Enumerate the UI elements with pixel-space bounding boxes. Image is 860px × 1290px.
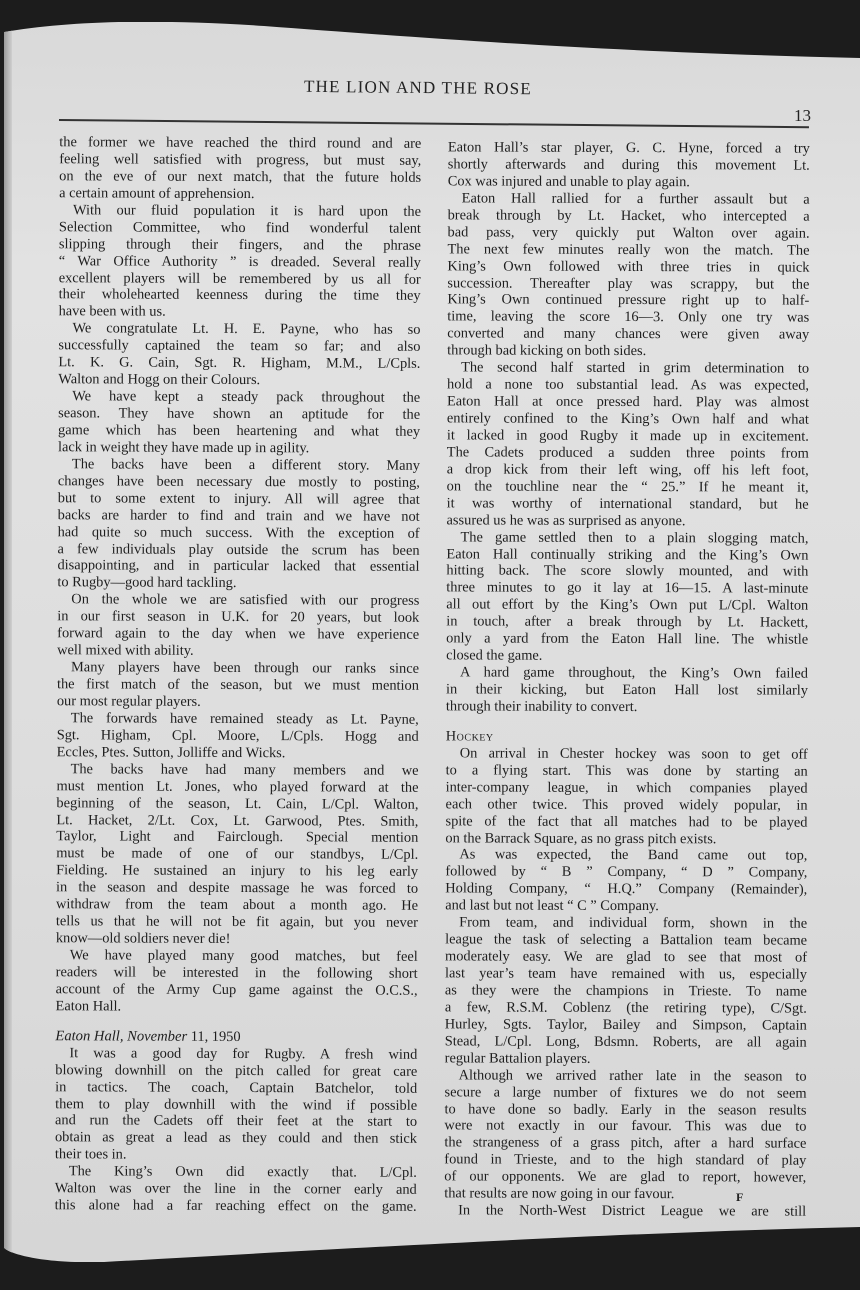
text-line: know—old soldiers never die! xyxy=(56,930,418,949)
text-line: King’s Own followed with three tries in … xyxy=(447,258,809,276)
text-line: beginning of the season, Lt. Cain, L/Cpl… xyxy=(56,795,418,814)
text-line: Lt. Hacket, 2/Lt. Cox, Lt. Garwood, Ptes… xyxy=(56,812,418,831)
text-line: We have kept a steady pack throughout th… xyxy=(58,388,420,407)
text-line: changes have been necessary due mostly t… xyxy=(58,473,420,492)
text-line: With our fluid population it is hard upo… xyxy=(59,202,421,221)
text-line: succession. Thereafter play was scrappy,… xyxy=(447,275,809,293)
text-line: the first match of the season, but we mu… xyxy=(57,676,419,695)
text-line: Taylor, Light and Fairclough. Special me… xyxy=(56,829,418,848)
text-line: Eaton Hall continually striking and the … xyxy=(446,546,808,564)
text-line: Eaton Hall. xyxy=(56,998,418,1017)
text-line: to have done so badly. Early in the seas… xyxy=(444,1101,806,1119)
text-line: it was worthy of international standard,… xyxy=(447,495,809,513)
text-line: bad pass, very quickly put Walton over a… xyxy=(448,224,810,242)
text-line: Although we arrived rather late in the s… xyxy=(445,1067,807,1085)
text-line: their toes in. xyxy=(55,1147,417,1166)
text-line: found in Trieste, and to the high standa… xyxy=(444,1152,806,1170)
text-line: that results are now going in our favour… xyxy=(444,1186,806,1204)
text-line: this alone had a far reaching effect on … xyxy=(55,1197,417,1216)
text-line: lack in weight they have made up in agil… xyxy=(58,439,420,458)
text-line: Lt. K. G. Cain, Sgt. R. Higham, M.M., L/… xyxy=(58,354,420,373)
text-line: readers will be interested in the follow… xyxy=(56,964,418,983)
text-line: Holding Company, “ H.Q.” Company (Remain… xyxy=(445,881,807,899)
text-line: hold a none too substantial lead. As was… xyxy=(447,376,809,394)
text-line: last year’s team have remained with us, … xyxy=(445,965,807,983)
right-column: Eaton Hall’s star player, G. C. Hyne, fo… xyxy=(444,139,810,1220)
section-gap xyxy=(446,715,808,729)
text-line: moderately easy. We are glad to see that… xyxy=(445,948,807,966)
text-line: inter-company league, in which companies… xyxy=(446,779,808,797)
text-line: to a flying start. This was done by star… xyxy=(446,762,808,780)
text-line: backs are harder to find and train and w… xyxy=(58,507,420,526)
hockey-heading: Hockey xyxy=(446,728,808,746)
text-line: and run the Cadets off their feet at the… xyxy=(55,1113,417,1132)
text-line: It was a good day for Rugby. A fresh win… xyxy=(55,1045,417,1064)
text-line: a certain amount of apprehension. xyxy=(59,185,421,204)
text-line: three minutes to go it lay at 16—15. A l… xyxy=(446,580,808,598)
text-line: in touch, after a break through by Lt. H… xyxy=(446,614,808,632)
text-line: disappointing, and in particular lacked … xyxy=(57,558,419,577)
text-line: a drop kick from their left wing, off hi… xyxy=(447,461,809,479)
text-line: season. They have shown an aptitude for … xyxy=(58,405,420,424)
text-line: The next few minutes really won the matc… xyxy=(447,241,809,259)
text-line: successfully captained the team so far; … xyxy=(58,337,420,356)
text-line: game which has been heartening and what … xyxy=(58,422,420,441)
text-line: We congratulate Lt. H. E. Payne, who has… xyxy=(58,321,420,340)
text-line: Cox was injured and unable to play again… xyxy=(448,173,810,191)
text-line: a few, R.S.M. Coblenz (the retiring type… xyxy=(445,999,807,1017)
text-line: On arrival in Chester hockey was soon to… xyxy=(446,745,808,763)
text-line: only a yard from the Eaton Hall line. Th… xyxy=(446,631,808,649)
text-line: shortly afterwards and during this movem… xyxy=(448,156,810,174)
text-line: it lacked in good Rugby it made up in ex… xyxy=(447,427,809,445)
match-heading-place-date: Eaton Hall, November xyxy=(55,1028,187,1045)
text-line: The backs have been a different story. M… xyxy=(58,456,420,475)
text-line: in their kicking, but Eaton Hall lost si… xyxy=(446,681,808,699)
match-heading: Eaton Hall, November 11, 1950 xyxy=(55,1028,417,1047)
text-line: account of the Army Cup game against the… xyxy=(56,981,418,1000)
text-line: of our opponents. We are glad to report,… xyxy=(444,1169,806,1187)
text-line: Walton was over the line in the corner e… xyxy=(55,1180,417,1199)
text-line: Hurley, Sgts. Taylor, Bailey and Simpson… xyxy=(445,1016,807,1034)
text-line: on the touchline near the “ 25.” If he m… xyxy=(447,478,809,496)
text-line: have been with us. xyxy=(59,304,421,323)
text-line: “ War Office Authority ” is dreaded. Sev… xyxy=(59,253,421,272)
text-line: From team, and individual form, shown in… xyxy=(445,915,807,933)
text-line: the strangeness of a grass pitch, after … xyxy=(444,1135,806,1153)
text-line: hitting back. The score slowly mounted, … xyxy=(446,563,808,581)
text-line: their wholehearted keenness during the t… xyxy=(59,287,421,306)
text-line: secure a large number of fixtures we do … xyxy=(445,1084,807,1102)
text-line: as they were the champions in Trieste. T… xyxy=(445,982,807,1000)
text-line: followed by “ B ” Company, “ D ” Company… xyxy=(445,864,807,882)
text-line: on the Barrack Square, as no grass pitch… xyxy=(445,830,807,848)
text-line: well mixed with ability. xyxy=(57,642,419,661)
text-line: all out effort by the King’s Own put L/C… xyxy=(446,597,808,615)
text-line: slipping through their fingers, and the … xyxy=(59,236,421,255)
text-line: feeling well satisfied with progress, bu… xyxy=(59,151,421,170)
magazine-page: THE LION AND THE ROSE 13 the former we h… xyxy=(4,22,860,1262)
text-line: the former we have reached the third rou… xyxy=(59,134,421,153)
text-line: a few individuals play outside the scrum… xyxy=(58,541,420,560)
text-line: them to play downhill with the wind if p… xyxy=(55,1096,417,1115)
text-line: tells us that he will not be fit again, … xyxy=(56,913,418,932)
text-line: King’s Own continued pressure right up t… xyxy=(447,292,809,310)
text-line: closed the game. xyxy=(446,647,808,665)
text-line: through their inability to convert. xyxy=(446,698,808,716)
text-line: spite of the fact that all matches had t… xyxy=(445,813,807,831)
text-line: Sgt. Higham, Cpl. Moore, L/Cpls. Hogg an… xyxy=(57,727,419,746)
text-line: in tactics. The coach, Captain Batchelor… xyxy=(55,1079,417,1098)
text-line: withdraw from the team about a month ago… xyxy=(56,896,418,915)
text-line: Selection Committee, who find wonderful … xyxy=(59,219,421,238)
text-line: regular Battalion players. xyxy=(445,1050,807,1068)
text-line: excellent players will be remembered by … xyxy=(59,270,421,289)
text-line: must be made of one of our standbys, L/C… xyxy=(56,846,418,865)
text-line: assured us he was as surprised as anyone… xyxy=(447,512,809,530)
text-line: converted and many chances were given aw… xyxy=(447,326,809,344)
text-line: must mention Lt. Jones, who played forwa… xyxy=(56,778,418,797)
left-column: the former we have reached the third rou… xyxy=(55,134,422,1216)
text-line: Walton and Hogg on their Colours. xyxy=(58,371,420,390)
text-line: The Cadets produced a sudden three point… xyxy=(447,444,809,462)
text-line: A hard game throughout, the King’s Own f… xyxy=(446,664,808,682)
text-line: The second half started in grim determin… xyxy=(447,360,809,378)
text-line: Eaton Hall at once pressed hard. Play wa… xyxy=(447,393,809,411)
text-line: obtain as great a lead as they could and… xyxy=(55,1130,417,1149)
text-line: Eaton Hall’s star player, G. C. Hyne, fo… xyxy=(448,139,810,157)
text-line: had quite so much success. With the exce… xyxy=(58,524,420,543)
match-heading-date-numerals: 11, 1950 xyxy=(187,1029,241,1045)
text-line: league the task of selecting a Battalion… xyxy=(445,931,807,949)
running-title: THE LION AND THE ROSE xyxy=(304,77,532,99)
text-line: in the season and despite massage he was… xyxy=(56,879,418,898)
header-rule xyxy=(59,119,809,128)
text-line: entirely confined to the King’s Own half… xyxy=(447,410,809,428)
text-line: As was expected, the Band came out top, xyxy=(445,847,807,865)
text-line: through bad kicking on both sides. xyxy=(447,343,809,361)
text-line: blowing downhill on the pitch called for… xyxy=(55,1062,417,1081)
text-line: The game settled then to a plain sloggin… xyxy=(446,529,808,547)
signature-mark: F xyxy=(736,1190,743,1205)
text-line: The King’s Own did exactly that. L/Cpl. xyxy=(55,1163,417,1182)
hockey-report-text: On arrival in Chester hockey was soon to… xyxy=(444,745,808,1221)
text-line: Eaton Hall rallied for a further assault… xyxy=(448,190,810,208)
text-line: Stead, L/Cpl. Long, Bdsmn. Roberts, are … xyxy=(445,1033,807,1051)
text-line: On the whole we are satisfied with our p… xyxy=(57,592,419,611)
match-report-continued: Eaton Hall’s star player, G. C. Hyne, fo… xyxy=(446,139,810,716)
text-line: break through by Lt. Hacket, who interce… xyxy=(448,207,810,225)
text-line: each other twice. This proved widely pop… xyxy=(446,796,808,814)
text-line: and last but not least “ C ” Company. xyxy=(445,898,807,916)
rugby-report-text: the former we have reached the third rou… xyxy=(56,134,422,1016)
text-line: but to some extent to injury. All will a… xyxy=(58,490,420,509)
text-line: our most regular players. xyxy=(57,693,419,712)
text-line: on the eve of our next match, that the f… xyxy=(59,168,421,187)
text-line: Eccles, Ptes. Sutton, Jolliffe and Wicks… xyxy=(57,744,419,763)
text-line: Many players have been through our ranks… xyxy=(57,659,419,678)
text-line: The forwards have remained steady as Lt.… xyxy=(57,710,419,729)
text-line: In the North-West District League we are… xyxy=(444,1202,806,1220)
match-report-text: It was a good day for Rugby. A fresh win… xyxy=(55,1045,418,1216)
text-line: to Rugby—good hard tackling. xyxy=(57,575,419,594)
text-line: in our first season in U.K. for 20 years… xyxy=(57,608,419,627)
text-line: The backs have had many members and we xyxy=(57,761,419,780)
text-line: were not exactly in our favour. This was… xyxy=(444,1118,806,1136)
text-line: time, leaving the score 16—3. Only one t… xyxy=(447,309,809,327)
page-number: 13 xyxy=(794,106,811,126)
text-line: We have played many good matches, but fe… xyxy=(56,947,418,966)
text-line: Fielding. He sustained an injury to his … xyxy=(56,863,418,882)
text-line: forward again to the day when we have ex… xyxy=(57,625,419,644)
